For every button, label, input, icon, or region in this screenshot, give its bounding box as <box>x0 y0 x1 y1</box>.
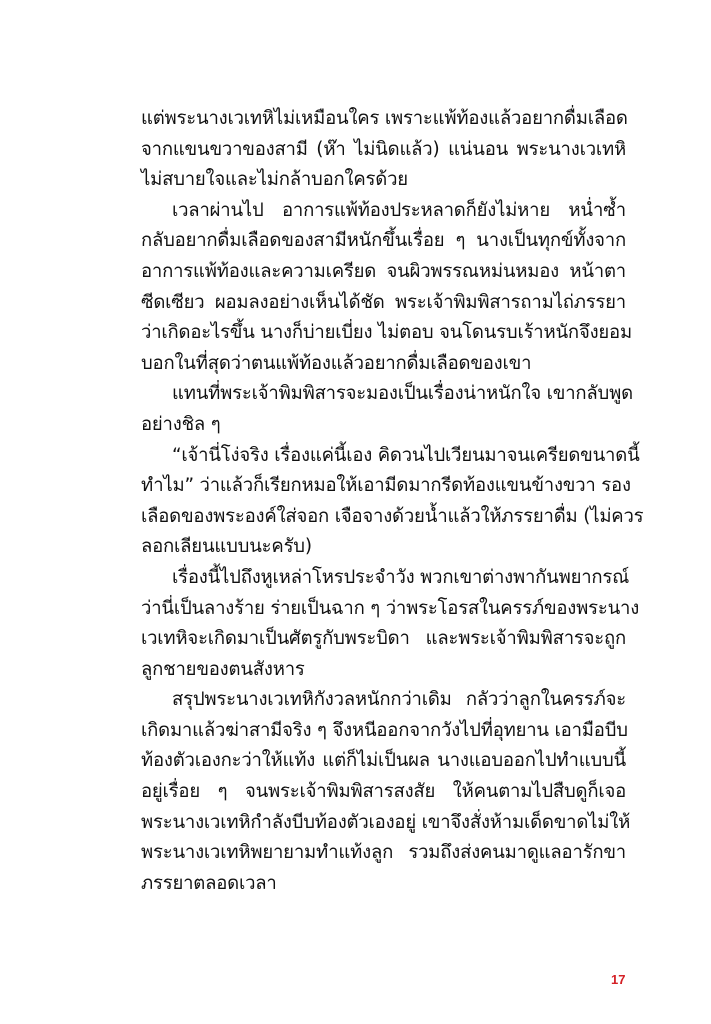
text-line: ว่านี่เป็นลางร้าย ร่ายเป็นฉาก ๆ ว่าพระโอ… <box>141 594 626 625</box>
paragraph: เวลาผ่านไป อาการแพ้ท้องประหลาดก็ยังไม่หา… <box>141 196 626 380</box>
text-line: เรื่องนี้ไปถึงหูเหล่าโหรประจำวัง พวกเขาต… <box>141 563 626 594</box>
text-line: ซีดเซียว ผอมลงอย่างเห็นได้ชัด พระเจ้าพิม… <box>141 288 626 319</box>
body-text: แต่พระนางเวเทหิไม่เหมือนใคร เพราะแพ้ท้อง… <box>141 104 626 899</box>
text-line: อยู่เรื่อย ๆ จนพระเจ้าพิมพิสารสงสัย ให้ค… <box>141 777 626 808</box>
text-line: ทำไม” ว่าแล้วก็เรียกหมอให้เอามีดมากรีดท้… <box>141 471 626 502</box>
paragraph: “เจ้านี่โง่จริง เรื่องแค่นี้เอง คิดวนไปเ… <box>141 441 626 563</box>
text-line: เวลาผ่านไป อาการแพ้ท้องประหลาดก็ยังไม่หา… <box>141 196 626 227</box>
text-line: แต่พระนางเวเทหิไม่เหมือนใคร เพราะแพ้ท้อง… <box>141 104 626 135</box>
text-line: อย่างชิล ๆ <box>141 410 626 441</box>
text-line: เกิดมาแล้วฆ่าสามีจริง ๆ จึงหนีออกจากวังไ… <box>141 716 626 747</box>
page-number: 17 <box>611 972 625 987</box>
text-line: ไม่สบายใจและไม่กล้าบอกใครด้วย <box>141 165 626 196</box>
book-page: แต่พระนางเวเทหิไม่เหมือนใคร เพราะแพ้ท้อง… <box>0 0 711 1024</box>
paragraph: แต่พระนางเวเทหิไม่เหมือนใคร เพราะแพ้ท้อง… <box>141 104 626 196</box>
text-line: พระนางเวเทหิกำลังบีบท้องตัวเองอยู่ เขาจึ… <box>141 808 626 839</box>
text-line: ภรรยาตลอดเวลา <box>141 869 626 900</box>
paragraph: แทนที่พระเจ้าพิมพิสารจะมองเป็นเรื่องน่าห… <box>141 379 626 440</box>
text-line: แทนที่พระเจ้าพิมพิสารจะมองเป็นเรื่องน่าห… <box>141 379 626 410</box>
text-line: ท้องตัวเองกะว่าให้แท้ง แต่ก็ไม่เป็นผล นา… <box>141 746 626 777</box>
text-line: กลับอยากดื่มเลือดของสามีหนักขึ้นเรื่อย ๆ… <box>141 226 626 257</box>
paragraph: สรุปพระนางเวเทหิกังวลหนักกว่าเดิม กลัวว่… <box>141 685 626 899</box>
text-line: “เจ้านี่โง่จริง เรื่องแค่นี้เอง คิดวนไปเ… <box>141 441 626 472</box>
text-line: จากแขนขวาของสามี (ห๊า ไม่นิดแล้ว) แน่นอน… <box>141 135 626 166</box>
text-line: เลือดของพระองค์ใส่จอก เจือจางด้วยน้ำแล้ว… <box>141 502 626 533</box>
text-line: ลอกเลียนแบบนะครับ) <box>141 532 626 563</box>
text-line: อาการแพ้ท้องและความเครียด จนผิวพรรณหม่นห… <box>141 257 626 288</box>
text-line: พระนางเวเทหิพยายามทำแท้งลูก รวมถึงส่งคนม… <box>141 838 626 869</box>
text-line: บอกในที่สุดว่าตนแพ้ท้องแล้วอยากดื่มเลือด… <box>141 349 626 380</box>
text-line: สรุปพระนางเวเทหิกังวลหนักกว่าเดิม กลัวว่… <box>141 685 626 716</box>
text-line: เวเทหิจะเกิดมาเป็นศัตรูกับพระบิดา และพระ… <box>141 624 626 655</box>
text-line: ลูกชายของตนสังหาร <box>141 655 626 686</box>
paragraph: เรื่องนี้ไปถึงหูเหล่าโหรประจำวัง พวกเขาต… <box>141 563 626 685</box>
text-line: ว่าเกิดอะไรขึ้น นางก็บ่ายเบี่ยง ไม่ตอบ จ… <box>141 318 626 349</box>
